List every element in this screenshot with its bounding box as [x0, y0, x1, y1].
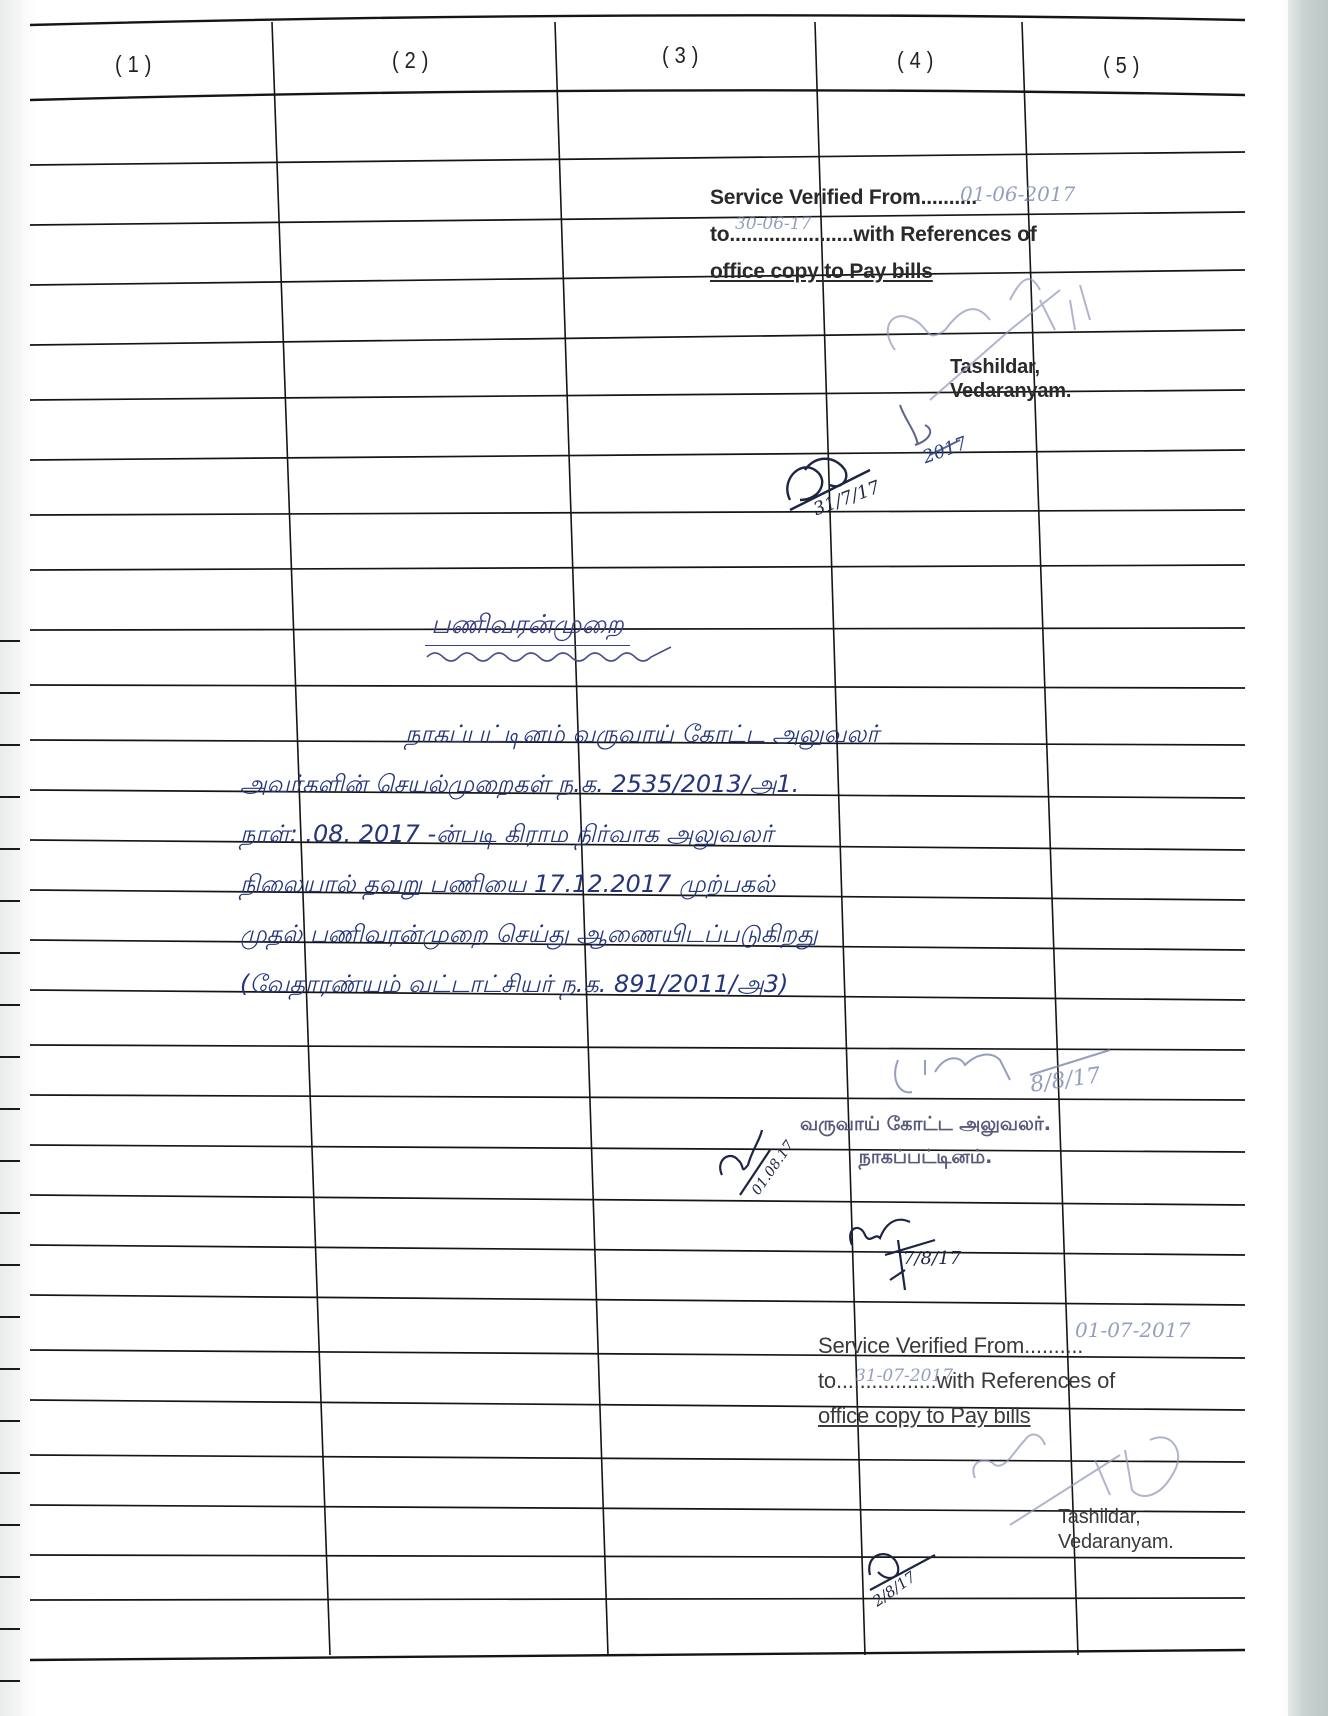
document-page: (1) (2) (3) (4) (5) Service Verified Fro…	[0, 0, 1328, 1716]
